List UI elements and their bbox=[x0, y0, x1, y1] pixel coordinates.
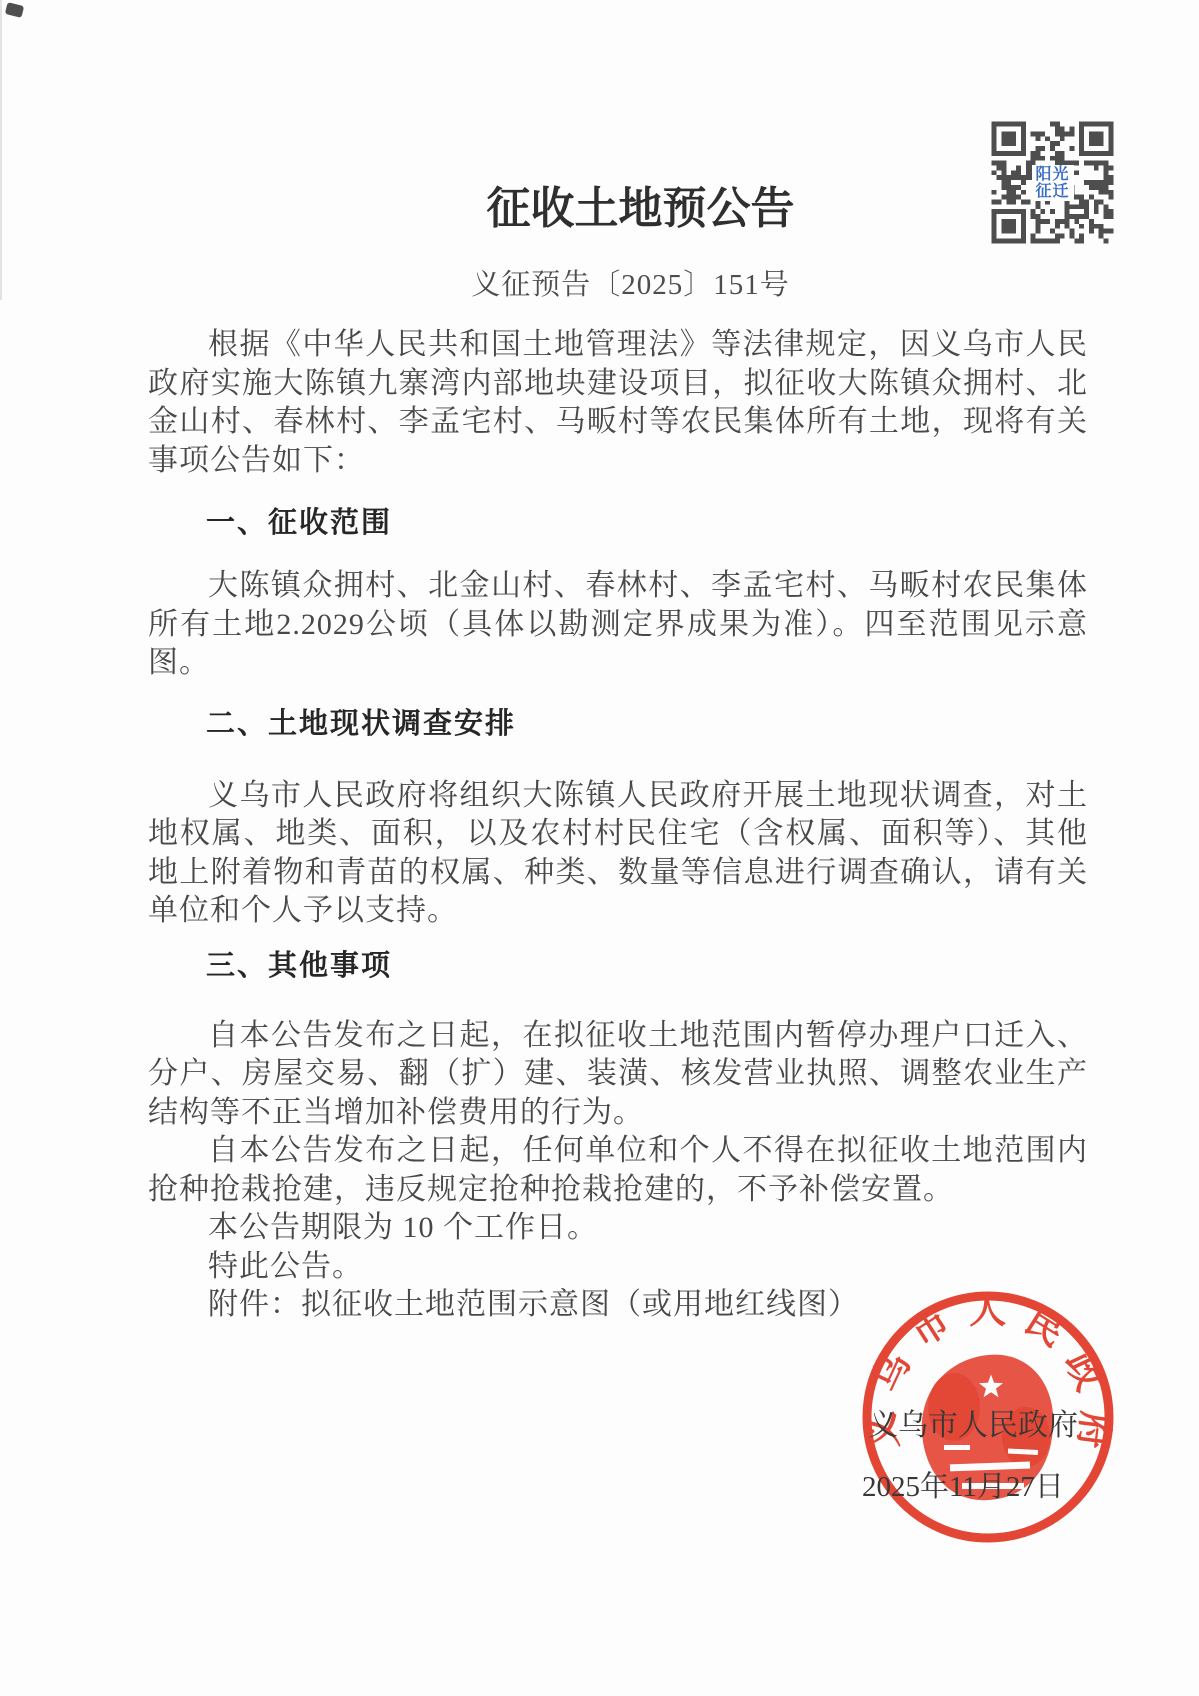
section-3-paragraph-1: 自本公告发布之日起，在拟征收土地范围内暂停办理户口迁入、分户、房屋交易、翻（扩）… bbox=[148, 1017, 1088, 1133]
scan-artifact bbox=[5, 2, 24, 18]
announcement-page: 阳光 征迁 征收土地预公告 义征预告〔2025〕151号 根据《中华人民共和国土… bbox=[0, 0, 1199, 1696]
section-3-heading: 三、其他事项 bbox=[148, 949, 1088, 983]
issue-date: 2025年11月27日 bbox=[862, 1464, 1082, 1505]
notice-period-line: 本公告期限为 10 个工作日。 bbox=[148, 1209, 1088, 1248]
section-3-paragraph-2: 自本公告发布之日起，任何单位和个人不得在拟征收土地范围内抢种抢栽抢建，违反规定抢… bbox=[148, 1132, 1088, 1209]
issuer-signature: 义乌市人民政府 bbox=[868, 1400, 1080, 1444]
section-2-paragraph: 义乌市人民政府将组织大陈镇人民政府开展土地现状调查，对土地权属、地类、面积，以及… bbox=[148, 777, 1088, 931]
intro-paragraph: 根据《中华人民共和国土地管理法》等法律规定，因义乌市人民政府实施大陈镇九寨湾内部… bbox=[148, 326, 1088, 480]
doc-number: 义征预告〔2025〕151号 bbox=[0, 262, 1199, 303]
scan-edge-line bbox=[0, 0, 2, 300]
section-2-heading: 二、土地现状调查安排 bbox=[148, 707, 1088, 741]
document-body: 根据《中华人民共和国土地管理法》等法律规定，因义乌市人民政府实施大陈镇九寨湾内部… bbox=[148, 326, 1088, 1325]
page-title: 征收土地预公告 bbox=[0, 172, 1199, 236]
hereby-announced-line: 特此公告。 bbox=[148, 1248, 1088, 1287]
section-1-paragraph: 大陈镇众拥村、北金山村、春林村、李孟宅村、马畈村农民集体所有土地2.2029公顷… bbox=[148, 567, 1088, 683]
section-1-heading: 一、征收范围 bbox=[148, 506, 1088, 540]
